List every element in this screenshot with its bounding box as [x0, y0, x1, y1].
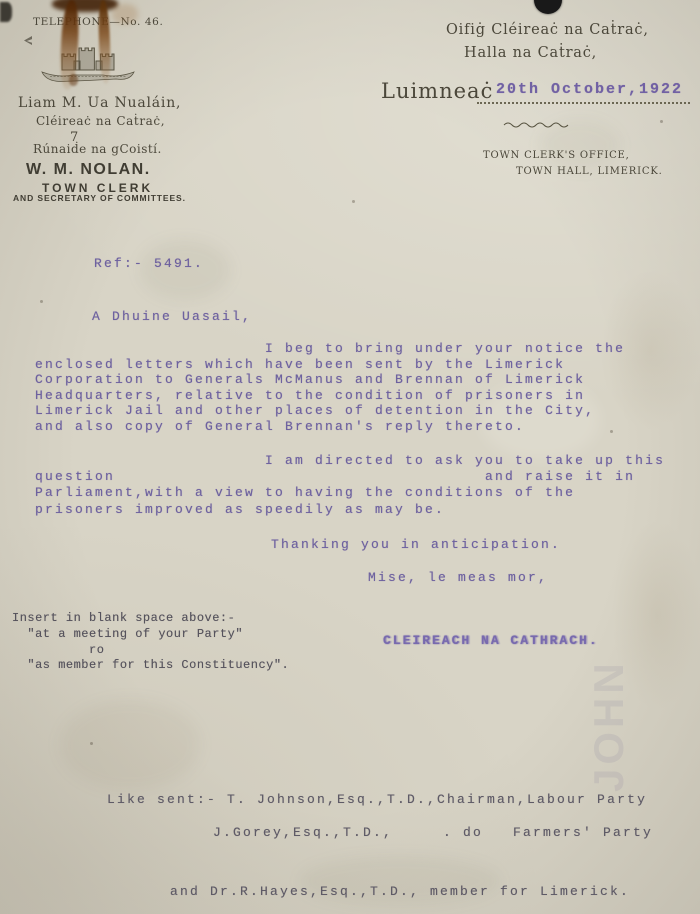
- insert-instruction-note: Insert in blank space above:- "at a meet…: [12, 611, 289, 674]
- bleed-through-ghost-text: JOHN: [585, 672, 633, 792]
- paper-mottle: [60, 700, 200, 790]
- rust-stain: [52, 0, 118, 12]
- corner-smudge: [0, 2, 12, 22]
- official-name-irish: Liam M. Ua Nualáin,: [18, 95, 181, 111]
- city-hall-irish: Halla na Caṫraċ,: [464, 45, 597, 61]
- office-name-english: TOWN CLERK'S OFFICE,: [483, 150, 630, 161]
- paper-speck: [352, 200, 355, 203]
- pencil-tick-mark: [24, 36, 32, 45]
- rust-stain-spread: [112, 4, 138, 24]
- paper-speck: [40, 300, 43, 303]
- letter-paragraph-1: I beg to bring under your notice the enc…: [35, 341, 625, 435]
- closing-line: Thanking you in anticipation.: [271, 537, 561, 552]
- letter-paragraph-2: I am directed to ask you to take up this…: [35, 453, 665, 518]
- paper-speck: [660, 120, 663, 123]
- ink-blot-dot: [534, 0, 562, 14]
- scanned-letter-page: JOHN TELEPHONE—No. 46. Liam M. Ua Nualái…: [0, 0, 700, 914]
- cc-line-johnson: Like sent:- T. Johnson,Esq.,T.D.,Chairma…: [107, 792, 647, 807]
- official-title-irish: Cléireaċ na Caṫraċ,: [36, 114, 165, 128]
- paper-speck: [90, 742, 93, 745]
- office-name-irish: Oifiġ Cléireaċ na Caṫraċ,: [446, 22, 649, 38]
- town-clerk-stamp: CLEIREACH NA CATHRACH.: [383, 633, 599, 648]
- salutation: A Dhuine Uasail,: [92, 309, 252, 324]
- official-subtitle: AND SECRETARY OF COMMITTEES.: [13, 193, 186, 203]
- valediction: Mise, le meas mor,: [368, 570, 548, 585]
- reference-number: Ref:- 5491.: [94, 256, 204, 271]
- official-name: W. M. NOLAN.: [26, 161, 151, 179]
- squiggle-rule: [502, 120, 572, 130]
- date-dotted-rule: [477, 88, 690, 104]
- cc-line-gorey: J.Gorey,Esq.,T.D., . do Farmers' Party: [213, 825, 653, 840]
- secretary-title-irish: Rúnaiḋe na gCoistí.: [33, 142, 162, 156]
- office-address-english: TOWN HALL, LIMERICK.: [516, 166, 663, 177]
- cc-line-hayes: and Dr.R.Hayes,Esq.,T.D., member for Lim…: [170, 884, 630, 899]
- limerick-castle-crest: [38, 44, 138, 84]
- rust-stain-drip: [69, 74, 78, 86]
